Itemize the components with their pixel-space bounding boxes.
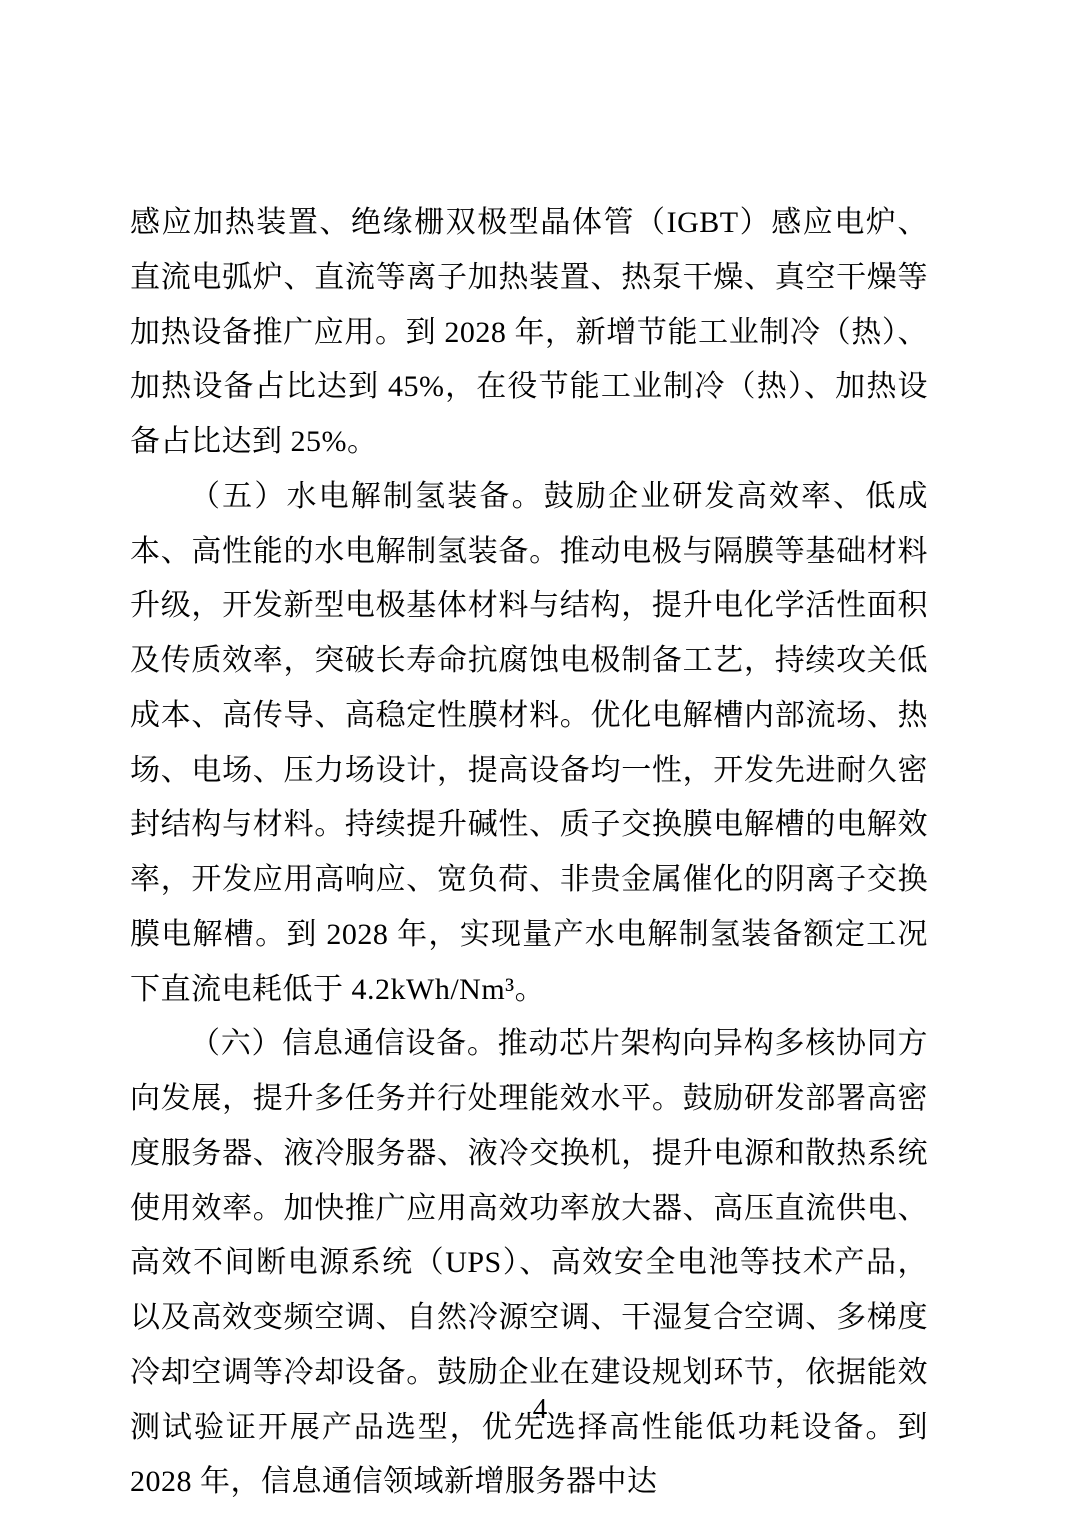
paragraph-section-5: （五）水电解制氢装备。鼓励企业研发高效率、低成本、高性能的水电解制氢装备。推动电… xyxy=(130,470,928,1018)
page-number: 4 xyxy=(533,1393,548,1425)
document-page: 感应加热装置、绝缘栅双极型晶体管（IGBT）感应电炉、直流电弧炉、直流等离子加热… xyxy=(0,0,1080,1527)
paragraph-text: 鼓励企业研发高效率、低成本、高性能的水电解制氢装备。推动电极与隔膜等基础材料升级… xyxy=(130,480,928,1006)
page-footer: 4 xyxy=(0,1392,1080,1426)
document-body: 感应加热装置、绝缘栅双极型晶体管（IGBT）感应电炉、直流电弧炉、直流等离子加热… xyxy=(130,196,928,1510)
paragraph-continuation: 感应加热装置、绝缘栅双极型晶体管（IGBT）感应电炉、直流电弧炉、直流等离子加热… xyxy=(130,196,928,470)
section-heading-5: （五）水电解制氢装备。 xyxy=(190,480,544,513)
paragraph-text: 推动芯片架构向异构多核协同方向发展，提升多任务并行处理能效水平。鼓励研发部署高密… xyxy=(130,1027,928,1498)
section-heading-6: （六）信息通信设备。 xyxy=(190,1027,498,1060)
paragraph-section-6: （六）信息通信设备。推动芯片架构向异构多核协同方向发展，提升多任务并行处理能效水… xyxy=(130,1017,928,1510)
paragraph-text: 感应加热装置、绝缘栅双极型晶体管（IGBT）感应电炉、直流电弧炉、直流等离子加热… xyxy=(130,206,928,458)
